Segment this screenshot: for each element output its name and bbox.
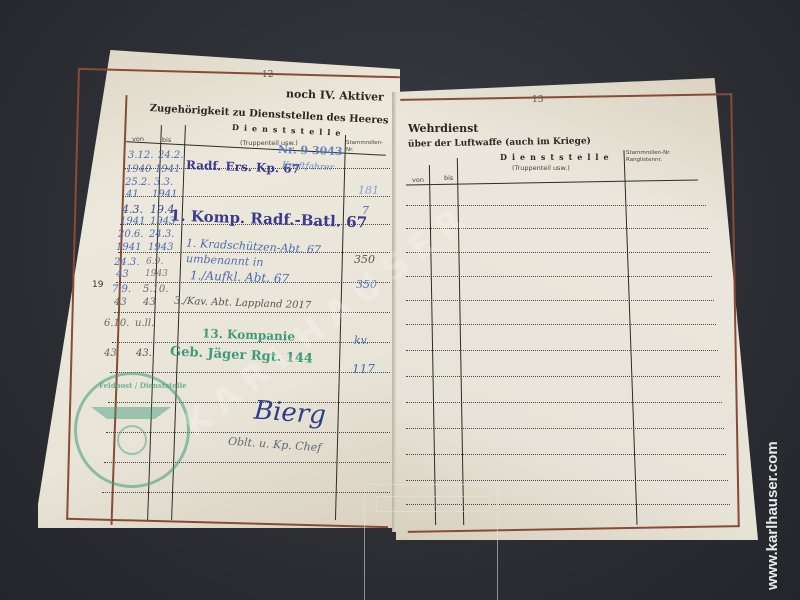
col-roll-header: Stammrollen-Nr. Ranglistennr.	[626, 150, 684, 164]
row-line	[406, 276, 712, 277]
date-from: 7.9.	[112, 284, 131, 295]
row-line	[406, 402, 722, 403]
col-to-header: bis	[444, 174, 453, 182]
round-seal-stamp: Feldpost / Dienststelle	[74, 372, 190, 488]
date-to: 43.	[136, 348, 152, 359]
date-from: 6.10.	[104, 318, 129, 329]
row-line	[406, 350, 718, 351]
row-line	[406, 300, 714, 301]
eagle-emblem-icon	[91, 407, 171, 419]
seal-text: Feldpost / Dienststelle	[99, 381, 187, 390]
date-from: 4.3.	[122, 203, 143, 216]
date-to: 1943	[148, 242, 173, 253]
commander-signature: Bierg	[253, 396, 327, 431]
date-from: 3.12.	[128, 150, 153, 161]
date-from: 1941	[116, 242, 141, 253]
row-line	[406, 376, 720, 377]
date-to: 5.10.	[143, 284, 168, 295]
date-from: 24.3.	[114, 257, 139, 268]
col-unit-subheader: (Truppenteil usw.)	[512, 164, 570, 172]
date-to: 1941	[152, 189, 177, 200]
stand-slot	[376, 496, 490, 512]
col-unit-header: Dienststelle	[500, 152, 614, 162]
row-line	[112, 342, 390, 343]
date-from: 43	[104, 348, 117, 359]
date-from: 1941	[120, 216, 145, 227]
roll-number: 117	[352, 362, 375, 376]
margin-number: 19	[92, 280, 103, 290]
date-to: 24.2.	[158, 150, 183, 161]
row-line	[406, 428, 724, 429]
col-roll-header: Stammrollen-Nr.	[346, 140, 388, 154]
date-to: 1943	[145, 269, 168, 279]
unit-stamp-fragment: Nr. 9 3043	[278, 143, 343, 158]
row-line	[406, 454, 726, 455]
roll-number: 7	[362, 204, 369, 217]
date-from: 43	[116, 269, 129, 280]
date-to: 3.3.	[154, 177, 173, 188]
roll-number: kv.	[354, 334, 369, 347]
left-page-number: 12	[262, 70, 273, 80]
wreath-icon	[117, 425, 147, 455]
right-section-title: Wehrdienst	[408, 122, 478, 135]
row-line	[406, 324, 716, 325]
date-to: 6.9.	[146, 257, 163, 267]
date-to: 1941	[155, 164, 180, 175]
date-to: u.ll.	[135, 318, 154, 329]
date-from: 43	[114, 297, 127, 308]
date-to: 43	[143, 297, 156, 308]
date-from: 41	[126, 189, 139, 200]
row-line	[102, 492, 390, 493]
row-line	[406, 252, 710, 253]
right-page-number: 13	[532, 95, 543, 105]
col-from-header: von	[412, 176, 424, 184]
date-from: 1940	[126, 164, 151, 175]
date-to: 24.3.	[149, 229, 174, 240]
website-label: www.karlhauser.com	[764, 441, 781, 590]
roll-number: 181	[358, 184, 379, 197]
open-military-booklet: 12 noch IV. Aktiver Zugehörigkeit zu Die…	[0, 0, 800, 600]
row-line	[406, 480, 728, 481]
date-from: 20.6.	[118, 229, 143, 240]
date-from: 25.2.	[125, 177, 150, 188]
